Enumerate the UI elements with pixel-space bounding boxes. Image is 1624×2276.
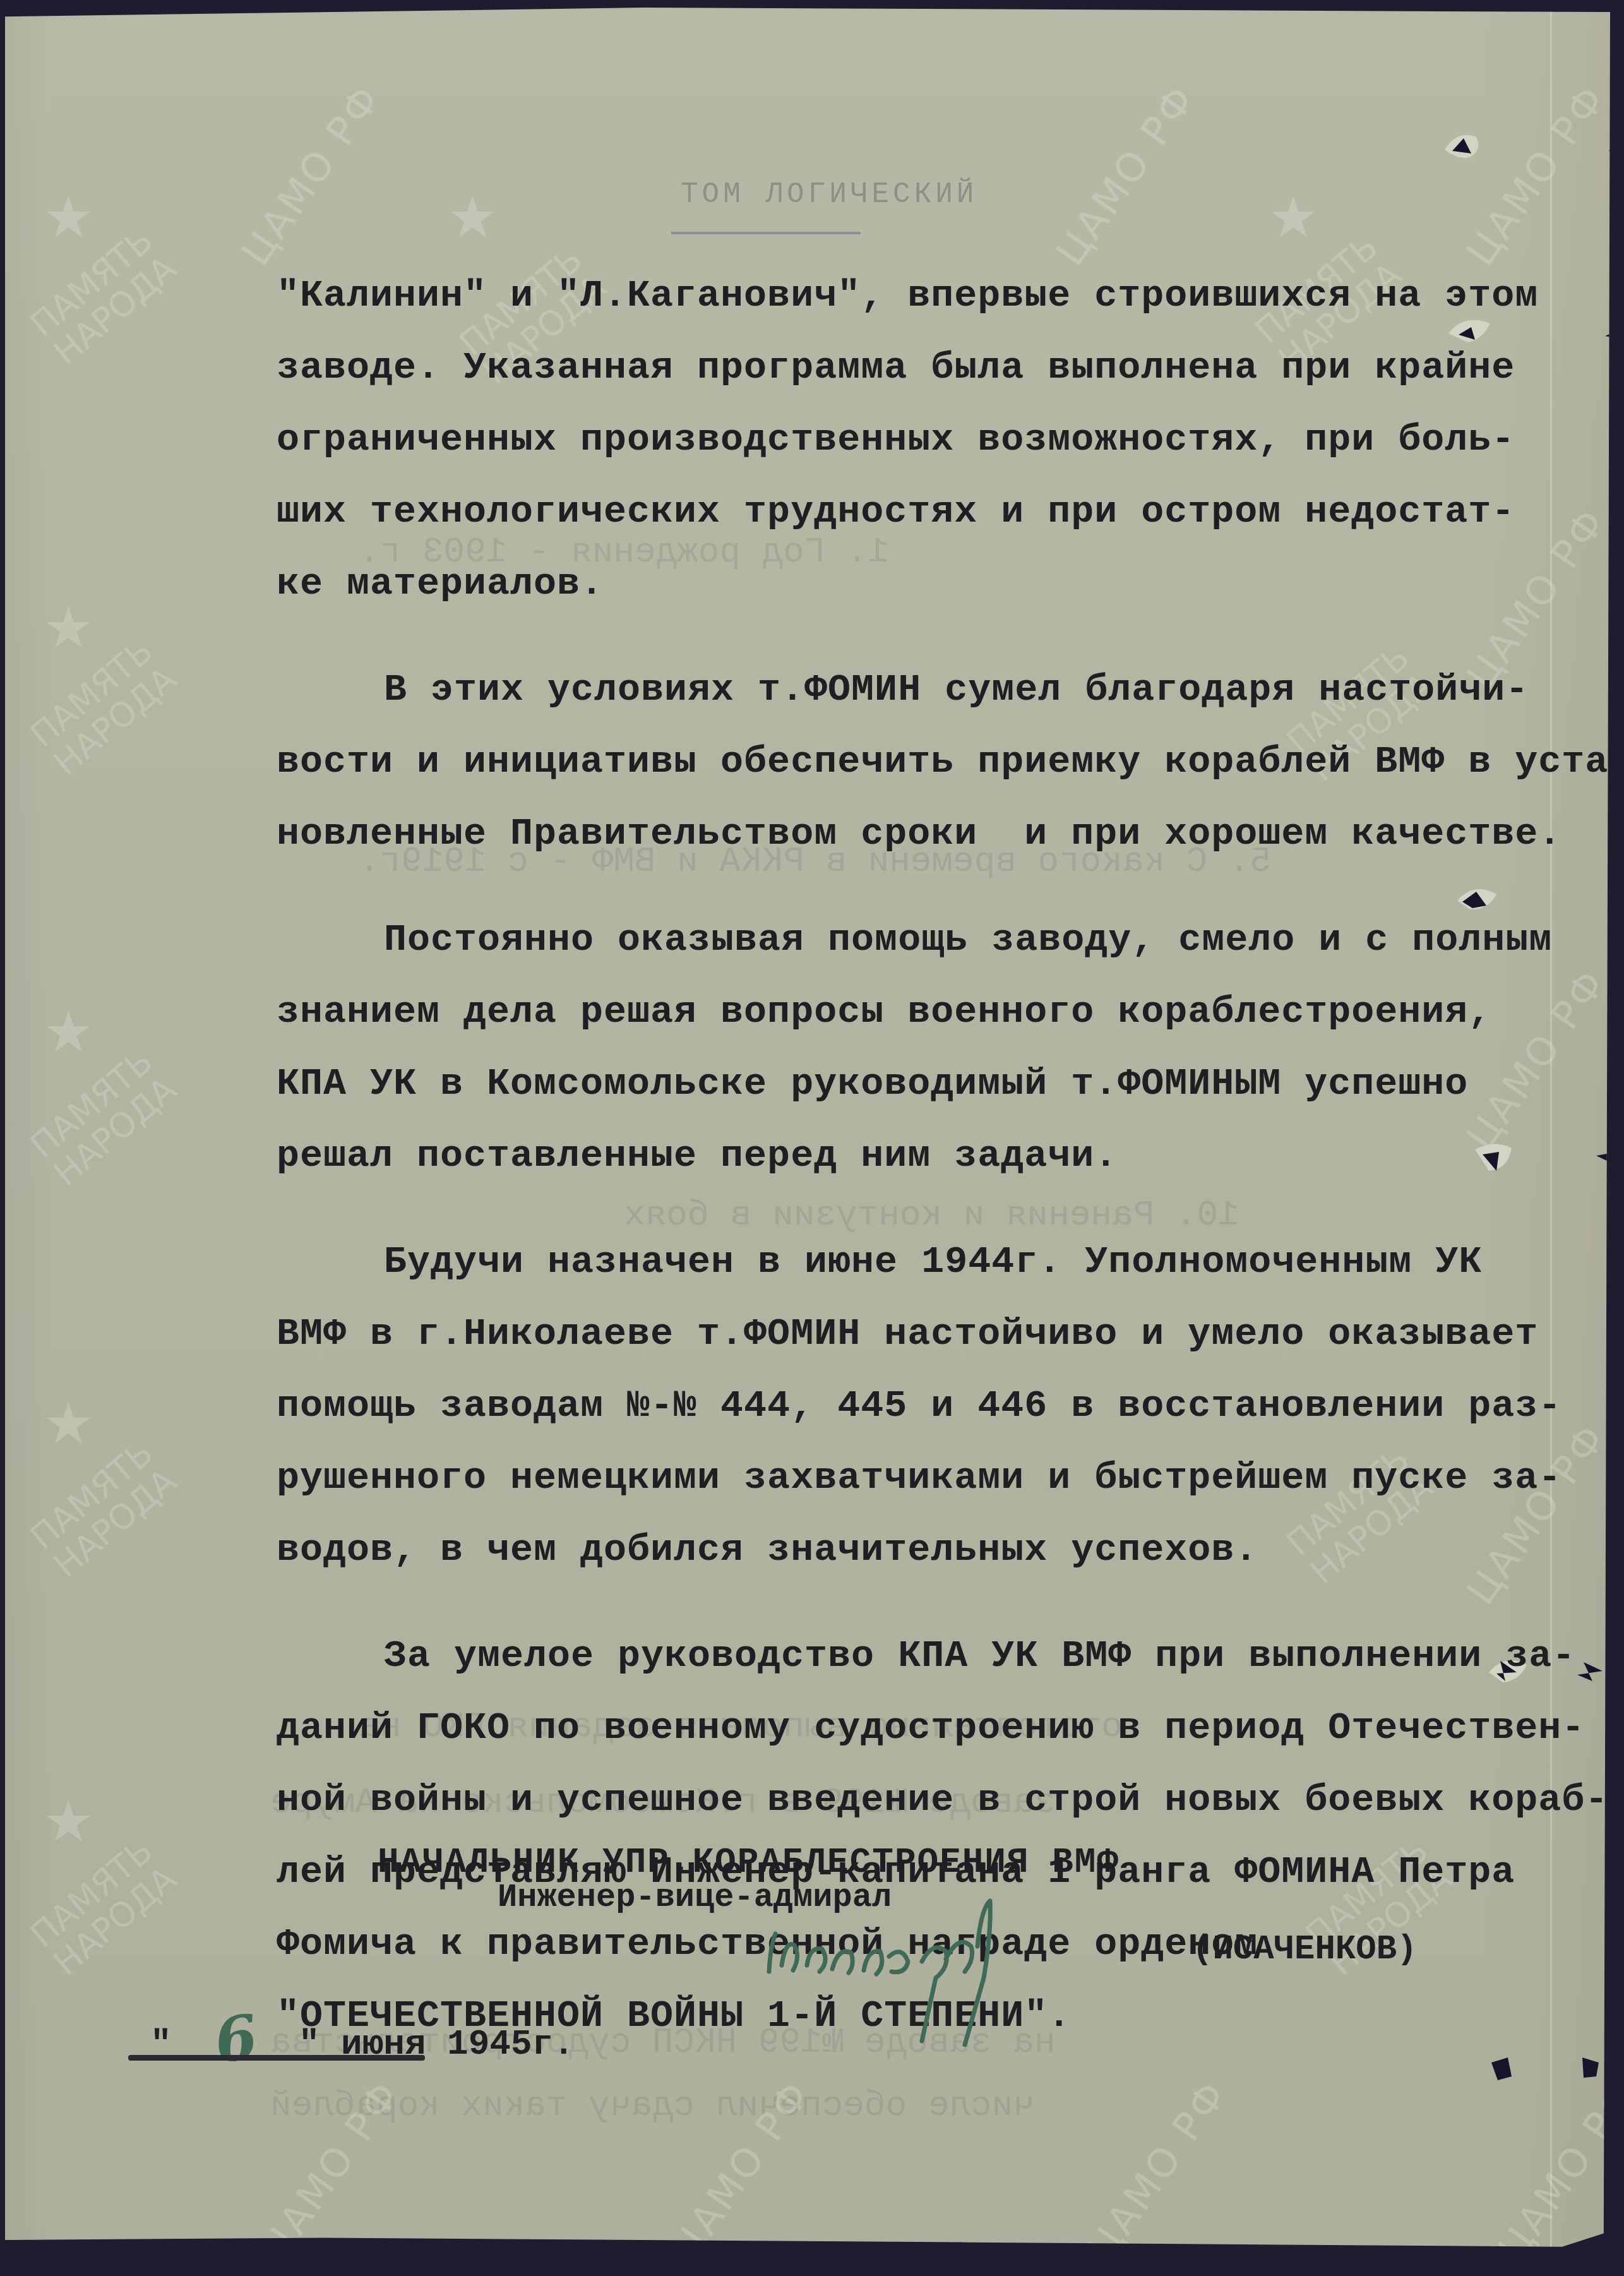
paragraph-2: В этих условиях т.ФОМИН сумел благодаря …	[277, 654, 1476, 870]
punch-hole-icon	[1603, 124, 1624, 164]
punch-hole-icon	[1470, 1138, 1520, 1177]
star-watermark-icon: ★	[43, 1391, 94, 1457]
text-line: ших технологических трудностях и при ост…	[277, 476, 1476, 548]
handwritten-signature: Исаченков	[756, 1896, 1085, 2047]
document-body: "Калинин" и "Л.Каганович", впервые строи…	[277, 260, 1476, 2052]
signatory-title: НАЧАЛЬНИК УПР.КОРАБЛЕСТРОЕНИЯ ВМФ	[378, 1842, 1119, 1883]
watermark-archive: ЦАМО РФ	[1047, 76, 1205, 274]
watermark-archive: ЦАМО РФ	[1489, 2072, 1624, 2270]
punch-hole-icon	[1565, 2047, 1615, 2087]
bleed-through-text: числе обеспечил сдачу таких кораблей	[270, 2085, 1034, 2126]
text-line: решал поставленные перед ним задачи.	[277, 1120, 1476, 1192]
header-stamp-underline	[671, 232, 861, 234]
watermark-archive: ЦАМО РФ	[1457, 961, 1615, 1158]
star-watermark-icon: ★	[43, 999, 94, 1065]
text-line: ке материалов.	[277, 548, 1476, 620]
signatory-name: (ИСАЧЕНКОВ)	[1192, 1931, 1417, 1969]
text-line: новленные Правительством сроки и при хор…	[277, 798, 1476, 870]
watermark-archive: ЦАМО РФ	[1457, 1415, 1615, 1613]
punch-hole-icon	[1438, 124, 1489, 164]
text-line: Постоянно оказывая помощь заводу, смело …	[277, 904, 1476, 976]
star-watermark-icon: ★	[447, 184, 498, 251]
paragraph-1: "Калинин" и "Л.Каганович", впервые строи…	[277, 260, 1476, 620]
text-line: знанием дела решая вопросы военного кора…	[277, 976, 1476, 1048]
punch-hole-icon	[1596, 879, 1624, 918]
watermark-archive: ЦАМО РФ	[232, 76, 390, 274]
punch-hole-icon	[1603, 311, 1624, 350]
star-watermark-icon: ★	[43, 595, 94, 661]
text-line: рушенного немецкими захватчиками и быстр…	[277, 1442, 1476, 1514]
text-line: помощь заводам №-№ 444, 445 и 446 в восс…	[277, 1370, 1476, 1442]
star-watermark-icon: ★	[43, 1788, 94, 1855]
text-line: водов, в чем добился значительных успехо…	[277, 1514, 1476, 1586]
star-watermark-icon: ★	[1268, 184, 1319, 251]
paragraph-3: Постоянно оказывая помощь заводу, смело …	[277, 904, 1476, 1192]
text-line: даний ГОКО по военному судостроению в пе…	[277, 1692, 1476, 1764]
text-line: ВМФ в г.Николаеве т.ФОМИН настойчиво и у…	[277, 1298, 1476, 1370]
punch-hole-icon	[1584, 1138, 1624, 1177]
text-line: Будучи назначен в июне 1944г. Уполномоче…	[277, 1226, 1476, 1298]
text-line: ограниченных производственных возможност…	[277, 404, 1476, 476]
punch-hole-icon	[1483, 2047, 1533, 2087]
watermark-archive: ЦАМО РФ	[1078, 2072, 1236, 2270]
date-day-handwritten: 6	[210, 2001, 262, 2077]
text-line: "Калинин" и "Л.Каганович", впервые строи…	[277, 260, 1476, 332]
text-line: вости и инициативы обеспечить приемку ко…	[277, 726, 1476, 798]
star-watermark-icon: ★	[43, 184, 94, 251]
text-line: заводе. Указанная программа была выполне…	[277, 332, 1476, 404]
text-line: КПА УК в Комсомольске руководимый т.ФОМИ…	[277, 1048, 1476, 1120]
scanned-document: 1. Год рождения - 1903 г. 5. С какого вр…	[0, 0, 1624, 2276]
paper-fold-line	[1550, 8, 1552, 2256]
text-line: В этих условиях т.ФОМИН сумел благодаря …	[277, 654, 1476, 726]
header-stamp: ТОМ ЛОГИЧЕСКИЙ	[681, 178, 977, 211]
date-underline	[128, 2055, 425, 2061]
watermark-archive: ЦАМО РФ	[1457, 76, 1615, 274]
text-line: За умелое руководство КПА УК ВМФ при вып…	[277, 1620, 1476, 1692]
paper-sheet: 1. Год рождения - 1903 г. 5. С какого вр…	[5, 8, 1610, 2256]
text-line: ной войны и успешное введение в строй но…	[277, 1764, 1476, 1836]
paragraph-4: Будучи назначен в июне 1944г. Уполномоче…	[277, 1226, 1476, 1586]
